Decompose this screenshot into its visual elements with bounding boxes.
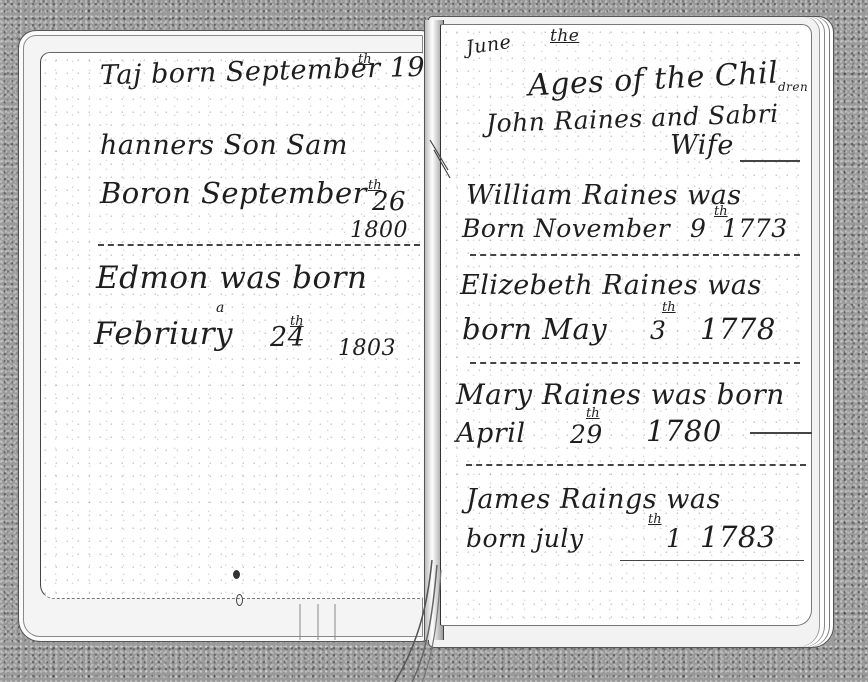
register-title-line3: Wife: [670, 130, 734, 161]
open-register-book: Taj born September 19 th hanners Son Sam…: [0, 0, 868, 682]
left-entry-3-year: 1803: [338, 336, 396, 361]
left-entry-2-year: 1800: [350, 218, 408, 243]
header-note-2: the: [550, 26, 579, 46]
left-entry-2-line1: hanners Son Sam: [100, 130, 348, 161]
entry-mary-year: 1780: [646, 414, 722, 448]
separator-line: [466, 464, 806, 466]
entry-james-day: 1: [666, 524, 682, 553]
entry-mary-born: April: [456, 418, 525, 449]
flourish-line: [750, 432, 812, 434]
entry-elizebeth-year: 1778: [700, 312, 776, 346]
separator-line: [470, 254, 800, 256]
left-entry-1-ordinal: th: [358, 52, 372, 67]
entry-mary-day: 29: [570, 420, 603, 449]
left-entry-3-month: Febriury: [94, 316, 233, 352]
title-line1-extra: dren: [778, 80, 808, 94]
entry-elizebeth-day: 3: [650, 316, 666, 345]
entry-james-year: 1783: [700, 520, 776, 554]
left-entry-2-line2: Boron September: [100, 176, 367, 210]
entry-elizebeth-born: born May: [462, 312, 607, 346]
ink-blot: [236, 594, 243, 606]
left-entry-3-mark: a: [216, 300, 225, 316]
separator-line: [470, 362, 800, 364]
entry-james-name: James Raings was: [466, 484, 721, 515]
left-entry-2-day: 26: [372, 187, 406, 217]
left-entry-2-month: Boron September: [100, 176, 367, 210]
entry-james-born: born july: [466, 524, 584, 553]
entry-william-name: William Raines was: [466, 180, 742, 211]
entry-william-day: 9: [690, 214, 706, 243]
entry-elizebeth-name: Elizebeth Raines was: [460, 270, 762, 301]
underline: [620, 560, 804, 561]
entry-elizebeth-ordinal: th: [662, 300, 676, 315]
entry-james-ordinal: th: [648, 512, 662, 527]
left-entry-3-line1: Edmon was born: [96, 260, 367, 296]
entry-mary-ordinal: th: [586, 406, 600, 421]
entry-mary-name: Mary Raines was born: [456, 378, 785, 411]
separator-line: [98, 244, 420, 246]
title-underline: [740, 160, 800, 162]
left-entry-3-ordinal: th: [290, 314, 304, 329]
entry-william-born: Born November: [462, 214, 670, 243]
ink-blot: [233, 570, 240, 579]
entry-william-year: 1773: [722, 214, 788, 243]
